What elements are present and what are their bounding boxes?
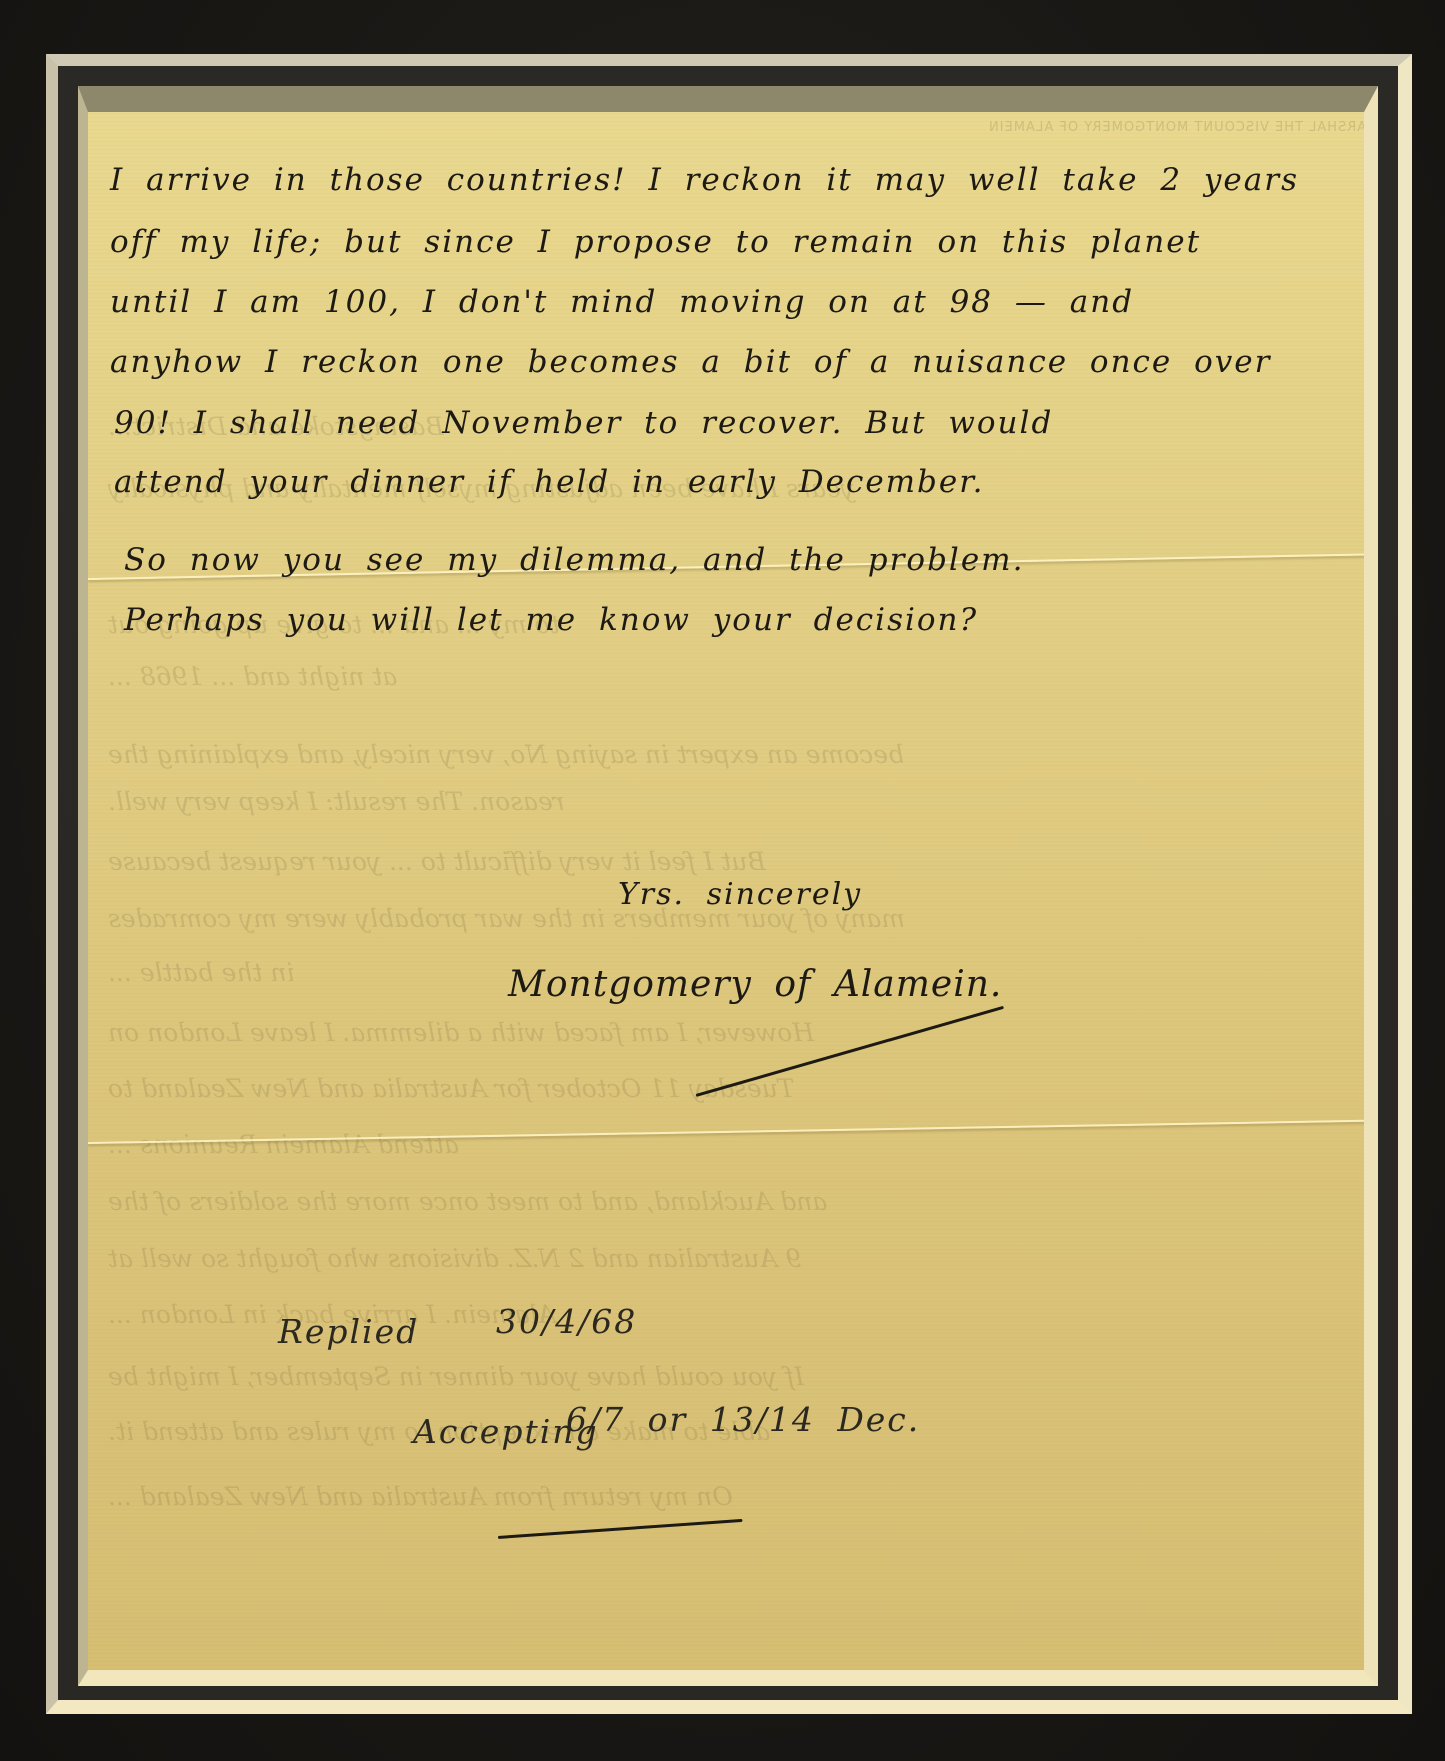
bleed-line: On my return from Australia and New Zeal… <box>108 1482 733 1511</box>
bleed-line: and Auckland, and to meet once more the … <box>108 1187 827 1216</box>
bleed-line: at night and ... 1968 ... <box>108 662 397 691</box>
valediction: Yrs. sincerely <box>618 877 862 912</box>
letter-line: off my life; but since I propose to rema… <box>110 224 1201 260</box>
bleed-line: If you could have your dinner in Septemb… <box>108 1362 804 1391</box>
bleed-line: attend Alamein Reunions ... <box>108 1130 459 1159</box>
letter-line: 90! I shall need November to recover. Bu… <box>114 405 1053 441</box>
closing-line: Perhaps you will let me know your decisi… <box>124 602 978 638</box>
replied-date: 30/4/68 <box>496 1302 637 1341</box>
closing-line: So now you see my dilemma, and the probl… <box>124 542 1024 578</box>
bleed-line: Tuesday 11 October for Australia and New… <box>108 1074 794 1103</box>
letter-line: until I am 100, I don't mind moving on a… <box>110 284 1134 320</box>
bleed-line: in the battle ... <box>108 958 295 987</box>
bleed-line: However, I am faced with a dilemma. I le… <box>108 1018 814 1047</box>
letterhead-bleed-through: FROM: FIELD-MARSHAL THE VISCOUNT MONTGOM… <box>988 120 1364 135</box>
letter-line: anyhow I reckon one becomes a bit of a n… <box>110 344 1271 380</box>
letter-line: I arrive in those countries! I reckon it… <box>110 162 1299 198</box>
letter-line: attend your dinner if held in early Dece… <box>114 464 985 500</box>
bleed-line: But I feel it very difficult to ... your… <box>108 847 766 876</box>
annotation-underline-stroke <box>498 1519 743 1539</box>
signature: Montgomery of Alamein. <box>508 964 1002 1005</box>
replied-label: Replied <box>278 1312 419 1351</box>
letter-paper: FROM: FIELD-MARSHAL THE VISCOUNT MONTGOM… <box>88 112 1364 1670</box>
accepting-dates: 6/7 or 13/14 Dec. <box>566 1400 920 1439</box>
bleed-line: become an expert in saying No, very nice… <box>108 740 904 769</box>
bleed-line: 9 Australian and 2 N.Z. divisions who fo… <box>108 1244 801 1273</box>
bleed-line: reason. The result: I keep very well. <box>108 787 565 816</box>
